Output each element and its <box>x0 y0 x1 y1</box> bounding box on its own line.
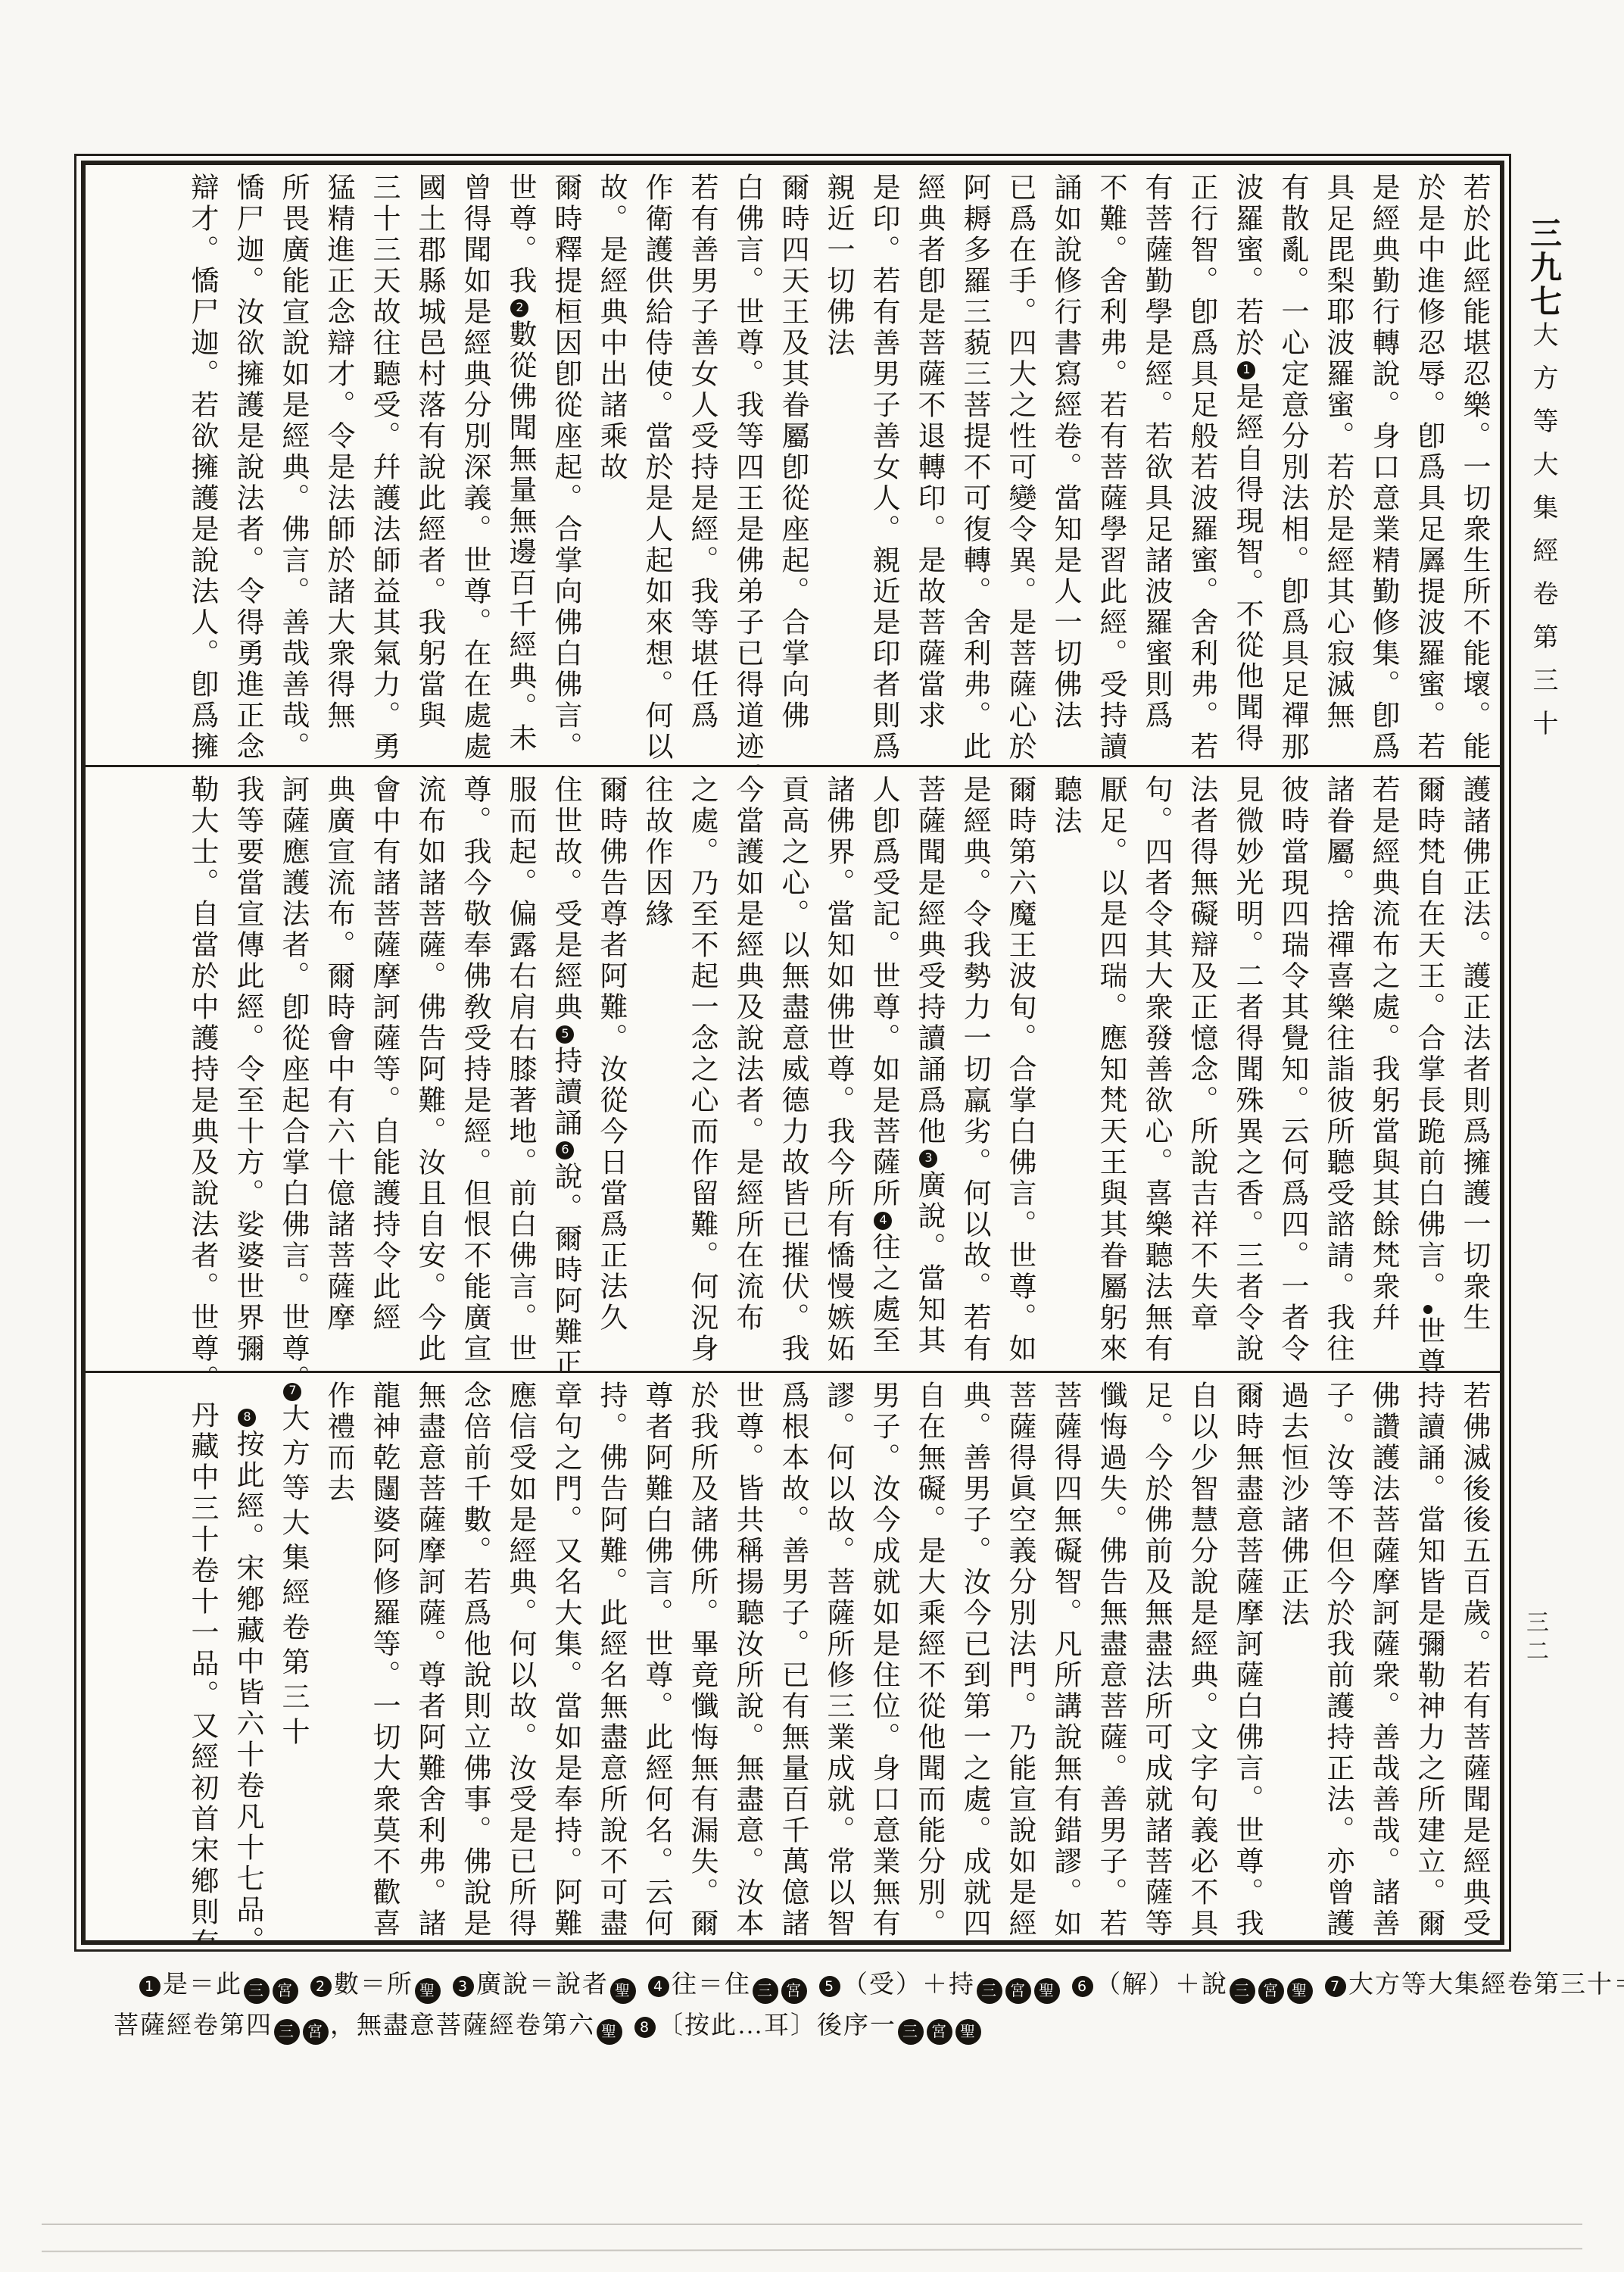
text-column: 自在無礙。是大乘經不從他聞而能分別。善 <box>915 1381 943 1940</box>
text-column: 無盡意菩薩摩訶薩。尊者阿難舍利弗。諸天 <box>415 1381 443 1940</box>
text-column: 句。四者令其大衆發善欲心。喜樂聽法無有 <box>1142 775 1170 1371</box>
text-column: 已爲在手。四大之性可變令異。是菩薩心於 <box>1005 173 1033 765</box>
text-column: 白佛言。世尊。我等四王是佛弟子已得道迹。 <box>733 173 761 765</box>
text-column: 作禮而去 <box>324 1381 352 1940</box>
text-column: 持。佛告阿難。此經名無盡意所說不可盡義 <box>597 1381 625 1940</box>
text-column: 若佛滅後後五百歲。若有菩薩聞是經典受 <box>1460 1381 1488 1940</box>
inner-border: 若於此經能堪忍樂。一切衆生所不能壞。能於是中進修忍辱。卽爲具足羼提波羅蜜。若是經… <box>81 161 1504 1945</box>
text-column: 懺悔過失。佛告無盡意菩薩。善男子。若有 <box>1096 1381 1124 1940</box>
text-column: 貢高之心。以無盡意威德力故皆已摧伏。我 <box>778 775 806 1371</box>
text-column: 法者得無礙辯及正憶念。所說吉祥不失章 <box>1187 775 1215 1371</box>
text-column: 尊。我今敬奉佛敎受持是經。但恨不能廣宣 <box>460 775 488 1371</box>
text-column: 故。是經典中出諸乘故 <box>597 173 625 765</box>
text-column: 過去恒沙諸佛正法 <box>1278 1381 1306 1940</box>
text-column: 曾得聞如是經典分別深義。世尊。在在處處 <box>460 173 488 765</box>
text-column: 是印。若有善男子善女人。親近是印者則爲 <box>869 173 897 765</box>
text-column: 經典者卽是菩薩不退轉印。是故菩薩當求 <box>915 173 943 765</box>
text-column: 不難。舍利弗。若有菩薩學習此經。受持讀 <box>1096 173 1124 765</box>
text-column: 聽法 <box>1051 775 1079 1371</box>
text-column: 龍神乾闥婆阿修羅等。一切大衆莫不歡喜。 <box>369 1381 397 1940</box>
bottom-rule-1 <box>42 2224 1582 2225</box>
text-column: 彼時當現四瑞令其覺知。云何爲四。一者令 <box>1278 775 1306 1371</box>
text-column: 勒大士。自當於中護持是典及說法者。世尊。 <box>188 775 216 1371</box>
main-text-box: 若於此經能堪忍樂。一切衆生所不能壞。能於是中進修忍辱。卽爲具足羼提波羅蜜。若是經… <box>74 154 1511 1952</box>
margin-page-number: 三九七 <box>1520 217 1566 319</box>
text-column: 是經典。令我勢力一切羸劣。何以故。若有 <box>960 775 988 1371</box>
text-column: 章句之門。又名大集。當如是奉持。阿難。汝 <box>551 1381 579 1940</box>
text-column: 是經典勤行轉說。身口意業精勤修集。卽爲 <box>1369 173 1397 765</box>
text-column: 丹藏中三十卷十一品。又經初首宋鄕則有 <box>188 1381 216 1940</box>
text-column: 典。善男子。汝今已到第一之處。成就四辯 <box>960 1381 988 1940</box>
text-column: 爾時釋提桓因卽從座起。合掌向佛白佛言。 <box>551 173 579 765</box>
text-column: 國土郡縣城邑村落有說此經者。我躬當與 <box>415 173 443 765</box>
text-column: 男子。汝今成就如是住位。身口意業無有錯 <box>869 1381 897 1940</box>
text-column: 爾時第六魔王波旬。合掌白佛言。世尊。如 <box>1005 775 1033 1371</box>
text-column: 爾時無盡意菩薩摩訶薩白佛言。世尊。我今 <box>1233 1381 1261 1940</box>
text-column: 服而起。偏露右肩右膝著地。前白佛言。世 <box>506 775 534 1371</box>
text-column: 今當護如是經典及說法者。是經所在流布 <box>733 775 761 1371</box>
text-column: 7大方等大集經卷第三十 <box>279 1381 307 1940</box>
text-column: 爲根本故。善男子。已有無量百千萬億諸佛 <box>778 1381 806 1940</box>
text-column: 持讀誦。當知皆是彌勒神力之所建立。爾時 <box>1414 1381 1442 1940</box>
text-column: 作衛護供給侍使。當於是人起如來想。何以 <box>642 173 670 765</box>
apparatus-note-line-1: 1是＝此三宮2數＝所聖3廣說＝說者聖4往＝住三宮5（受）＋持三宮聖6（解）＋說三… <box>129 1965 1624 2004</box>
text-column: 三十三天故往聽受。幷護法師益其氣力。勇 <box>369 173 397 765</box>
text-column: 於我所及諸佛所。畢竟懺悔無有漏失。爾時 <box>687 1381 715 1940</box>
register-1: 若於此經能堪忍樂。一切衆生所不能壞。能於是中進修忍辱。卽爲具足羼提波羅蜜。若是經… <box>86 165 1500 765</box>
register-2: 護諸佛正法。護正法者則爲擁護一切衆生爾時梵自在天王。合掌長跪前白佛言。世尊。若是… <box>86 765 1500 1371</box>
text-column: 爾時四天王及其眷屬卽從座起。合掌向佛 <box>778 173 806 765</box>
text-column: 佛讚護法菩薩摩訶薩衆。善哉善哉。諸善男 <box>1369 1381 1397 1940</box>
margin-fascicle-title: 大方等大集經卷第三十 <box>1524 321 1561 753</box>
text-column: 有菩薩勤學是經。若欲具足諸波羅蜜則爲 <box>1142 173 1170 765</box>
text-column: 波羅蜜。若於1是經自得現智。不從他聞得 <box>1233 173 1261 765</box>
text-column: 猛精進正念辯才。令是法師於諸大衆得無 <box>324 173 352 765</box>
text-column: 見微妙光明。二者得聞殊異之香。三者令說 <box>1233 775 1261 1371</box>
text-column: 訶薩應護法者。卽從座起合掌白佛言。世尊。 <box>279 775 307 1371</box>
text-column: 若於此經能堪忍樂。一切衆生所不能壞。能 <box>1460 173 1488 765</box>
text-column: 我等要當宣傳此經。令至十方。娑婆世界彌 <box>233 775 261 1371</box>
text-column: 子。汝等不但今於我前護持正法。亦曾護持 <box>1323 1381 1351 1940</box>
text-column: 菩薩得四無礙智。凡所講說無有錯謬。如是 <box>1051 1381 1079 1940</box>
text-column: 世尊。我2數從佛聞無量無邊百千經典。未 <box>506 173 534 765</box>
text-column: 流布如諸菩薩。佛告阿難。汝且自安。今此 <box>415 775 443 1371</box>
text-column: 親近一切佛法 <box>824 173 852 765</box>
text-column: 諸佛界。當知如佛世尊。我今所有憍慢嫉妬 <box>824 775 852 1371</box>
text-column: 於是中進修忍辱。卽爲具足羼提波羅蜜。若 <box>1414 173 1442 765</box>
text-column: 之處。乃至不起一念之心而作留難。何況身 <box>687 775 715 1371</box>
text-column: 若有善男子善女人受持是經。我等堪任爲 <box>687 173 715 765</box>
text-column: 自以少智慧分說是經典。文字句義必不具 <box>1187 1381 1215 1940</box>
text-column: 8按此經。宋鄕藏中皆六十卷凡十七品。 <box>233 1381 261 1940</box>
text-column: 爾時梵自在天王。合掌長跪前白佛言。世尊。 <box>1414 775 1442 1371</box>
text-column: 諸眷屬。捨禪喜樂往詣彼所聽受諮請。我往 <box>1323 775 1351 1371</box>
text-column: 厭足。以是四瑞。應知梵天王與其眷屬躬來 <box>1096 775 1124 1371</box>
text-column: 人卽爲受記。世尊。如是菩薩所4往之處至 <box>869 775 897 1371</box>
text-column: 菩薩得眞空義分別法門。乃能宣說如是經 <box>1005 1381 1033 1940</box>
text-column: 有散亂。一心定意分別法相。卽爲具足禪那 <box>1278 173 1306 765</box>
text-column: 住世故。受是經典5持讀誦6說。爾時阿難正 <box>551 775 579 1371</box>
text-column: 阿耨多羅三藐三菩提不可復轉。舍利弗。此 <box>960 173 988 765</box>
text-column: 會中有諸菩薩摩訶薩等。自能護持令此經 <box>369 775 397 1371</box>
text-column: 正行智。卽爲具足般若波羅蜜。舍利弗。若 <box>1187 173 1215 765</box>
text-column: 往故作因緣 <box>642 775 670 1371</box>
text-column: 憍尸迦。汝欲擁護是說法者。令得勇進正念 <box>233 173 261 765</box>
text-column: 應信受如是經典。何以故。汝受是已所得持 <box>506 1381 534 1940</box>
text-column: 世尊。皆共稱揚聽汝所說。無盡意。汝本已 <box>733 1381 761 1940</box>
text-column: 所畏廣能宣說如是經典。佛言。善哉善哉。 <box>279 173 307 765</box>
text-column: 辯才。憍尸迦。若欲擁護是說法人。卽爲擁 <box>188 173 216 765</box>
bottom-rule-2 <box>42 2248 1582 2252</box>
text-column: 足。今於佛前及無盡法所可成就諸菩薩等 <box>1142 1381 1170 1940</box>
margin-leaf-number: 三二 <box>1518 1610 1551 1668</box>
text-column: 具足毘梨耶波羅蜜。若於是經其心寂滅無 <box>1323 173 1351 765</box>
register-3: 若佛滅後後五百歲。若有菩薩聞是經典受持讀誦。當知皆是彌勒神力之所建立。爾時佛讚護… <box>86 1371 1500 1940</box>
text-column: 念倍前千數。若爲他說則立佛事。佛說是已 <box>460 1381 488 1940</box>
text-column: 誦如說修行書寫經卷。當知是人一切佛法 <box>1051 173 1079 765</box>
text-column: 爾時佛告尊者阿難。汝從今日當爲正法久 <box>597 775 625 1371</box>
text-column: 若是經典流布之處。我躬當與其餘梵衆幷 <box>1369 775 1397 1371</box>
text-column: 典廣宣流布。爾時會中有六十億諸菩薩摩 <box>324 775 352 1371</box>
text-column: 菩薩聞是經典受持讀誦爲他3廣說。當知其 <box>915 775 943 1371</box>
text-column: 尊者阿難白佛言。世尊。此經何名。云何奉 <box>642 1381 670 1940</box>
apparatus-note-line-2: 菩薩經卷第四三宮，無盡意菩薩經卷第六聖8〔按此…耳〕後序一三宮聖 <box>114 2005 983 2045</box>
text-column: 護諸佛正法。護正法者則爲擁護一切衆生 <box>1460 775 1488 1371</box>
text-column: 謬。何以故。菩薩所修三業成就。常以智慧 <box>824 1381 852 1940</box>
